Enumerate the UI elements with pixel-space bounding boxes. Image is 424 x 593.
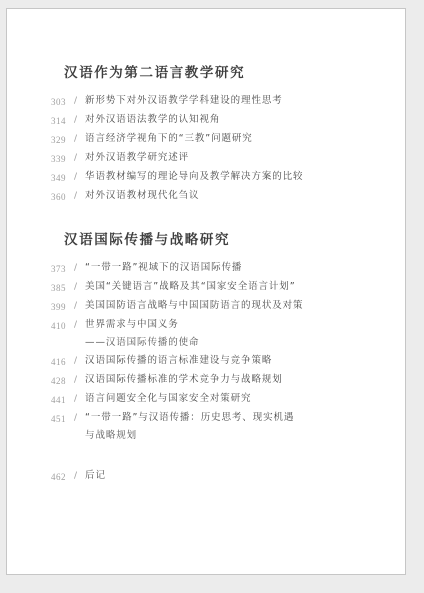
entry-title: 对外汉语教学研究述评 — [85, 152, 189, 163]
entry-page-number: 339 — [51, 149, 71, 168]
entry-separator: / — [74, 92, 77, 110]
entry-page-number: 303 — [51, 92, 71, 111]
entry-title-block: 汉语国际传播标准的学术竞争力与战略规划 — [85, 371, 283, 389]
entry-separator: / — [74, 187, 77, 205]
entry-title-block: 语言问题安全化与国家安全对策研究 — [85, 390, 251, 408]
entry-page-number: 428 — [51, 371, 71, 390]
entry-separator: / — [74, 352, 77, 370]
entry-title-block: 对外汉语教学研究述评 — [85, 149, 189, 167]
entry-title: “一带一路”与汉语传播：历史思考、现实机遇 — [85, 412, 294, 423]
toc-entry: 329 / 语言经济学视角下的“三教”问题研究 — [51, 130, 379, 149]
entry-page-number: 462 — [51, 467, 71, 486]
entry-page-number: 416 — [51, 352, 71, 371]
toc-entry: 441 / 语言问题安全化与国家安全对策研究 — [51, 390, 379, 409]
entry-separator: / — [74, 168, 77, 186]
toc-section: 462 / 后记 — [51, 467, 379, 486]
entry-title-block: 美国“关键语言”战略及其“国家安全语言计划” — [85, 278, 296, 296]
entry-page-number: 329 — [51, 130, 71, 149]
entry-title: 语言经济学视角下的“三教”问题研究 — [85, 133, 253, 144]
entry-title: 对外汉语语法教学的认知视角 — [85, 114, 220, 125]
toc-section: 汉语国际传播与战略研究 373 / “一带一路”视域下的汉语国际传播 385 /… — [51, 228, 379, 445]
entry-separator: / — [74, 297, 77, 315]
toc-entry: 385 / 美国“关键语言”战略及其“国家安全语言计划” — [51, 278, 379, 297]
entry-title: “一带一路”视域下的汉语国际传播 — [85, 262, 242, 273]
section-list: 462 / 后记 — [51, 467, 379, 486]
entry-title: 华语教材编写的理论导向及教学解决方案的比较 — [85, 171, 303, 182]
toc-entry: 303 / 新形势下对外汉语教学学科建设的理性思考 — [51, 92, 379, 111]
toc-entry: 373 / “一带一路”视域下的汉语国际传播 — [51, 259, 379, 278]
section-list: 303 / 新形势下对外汉语教学学科建设的理性思考 314 / 对外汉语语法教学… — [51, 92, 379, 206]
entry-separator: / — [74, 316, 77, 334]
toc-entry: 462 / 后记 — [51, 467, 379, 486]
entry-subtitle: ——汉语国际传播的使命 — [85, 334, 199, 352]
entry-title-block: 华语教材编写的理论导向及教学解决方案的比较 — [85, 168, 303, 186]
entry-title: 美国国防语言战略与中国国防语言的现状及对策 — [85, 300, 303, 311]
entry-title: 语言问题安全化与国家安全对策研究 — [85, 393, 251, 404]
toc-entry: 451 / “一带一路”与汉语传播：历史思考、现实机遇 与战略规划 — [51, 409, 379, 445]
entry-page-number: 360 — [51, 187, 71, 206]
entry-separator: / — [74, 111, 77, 129]
entry-separator: / — [74, 409, 77, 427]
entry-title-block: 后记 — [85, 467, 106, 485]
entry-title-block: “一带一路”视域下的汉语国际传播 — [85, 259, 242, 277]
entry-separator: / — [74, 149, 77, 167]
entry-page-number: 373 — [51, 259, 71, 278]
toc-entry: 360 / 对外汉语教材现代化刍议 — [51, 187, 379, 206]
entry-title-block: 对外汉语语法教学的认知视角 — [85, 111, 220, 129]
entry-separator: / — [74, 259, 77, 277]
entry-title-block: 世界需求与中国义务 ——汉语国际传播的使命 — [85, 316, 199, 352]
entry-title: 对外汉语教材现代化刍议 — [85, 190, 199, 201]
book-page: 汉语作为第二语言教学研究 303 / 新形势下对外汉语教学学科建设的理性思考 3… — [6, 8, 406, 575]
toc-entry: 428 / 汉语国际传播标准的学术竞争力与战略规划 — [51, 371, 379, 390]
entry-title-block: 汉语国际传播的语言标准建设与竞争策略 — [85, 352, 272, 370]
entry-title-block: 新形势下对外汉语教学学科建设的理性思考 — [85, 92, 283, 110]
entry-title: 后记 — [85, 470, 106, 481]
toc-section: 汉语作为第二语言教学研究 303 / 新形势下对外汉语教学学科建设的理性思考 3… — [51, 61, 379, 206]
entry-page-number: 441 — [51, 390, 71, 409]
entry-separator: / — [74, 467, 77, 485]
entry-separator: / — [74, 130, 77, 148]
entry-title-block: 对外汉语教材现代化刍议 — [85, 187, 199, 205]
entry-page-number: 385 — [51, 278, 71, 297]
toc-entry: 349 / 华语教材编写的理论导向及教学解决方案的比较 — [51, 168, 379, 187]
entry-separator: / — [74, 278, 77, 296]
entry-page-number: 399 — [51, 297, 71, 316]
entry-separator: / — [74, 390, 77, 408]
entry-title: 新形势下对外汉语教学学科建设的理性思考 — [85, 95, 283, 106]
entry-title: 世界需求与中国义务 — [85, 319, 179, 330]
section-title: 汉语作为第二语言教学研究 — [64, 61, 379, 81]
entry-title-block: 语言经济学视角下的“三教”问题研究 — [85, 130, 253, 148]
entry-subtitle: 与战略规划 — [85, 427, 294, 445]
section-title: 汉语国际传播与战略研究 — [64, 228, 379, 248]
section-list: 373 / “一带一路”视域下的汉语国际传播 385 / 美国“关键语言”战略及… — [51, 259, 379, 445]
entry-title-block: “一带一路”与汉语传播：历史思考、现实机遇 与战略规划 — [85, 409, 294, 445]
entry-title: 汉语国际传播标准的学术竞争力与战略规划 — [85, 374, 283, 385]
toc-entry: 339 / 对外汉语教学研究述评 — [51, 149, 379, 168]
entry-page-number: 451 — [51, 409, 71, 428]
toc-entry: 410 / 世界需求与中国义务 ——汉语国际传播的使命 — [51, 316, 379, 352]
entry-title: 汉语国际传播的语言标准建设与竞争策略 — [85, 355, 272, 366]
entry-title: 美国“关键语言”战略及其“国家安全语言计划” — [85, 281, 296, 292]
toc-entry: 399 / 美国国防语言战略与中国国防语言的现状及对策 — [51, 297, 379, 316]
entry-page-number: 349 — [51, 168, 71, 187]
entry-title-block: 美国国防语言战略与中国国防语言的现状及对策 — [85, 297, 303, 315]
table-of-contents: 汉语作为第二语言教学研究 303 / 新形势下对外汉语教学学科建设的理性思考 3… — [7, 9, 405, 486]
toc-entry: 314 / 对外汉语语法教学的认知视角 — [51, 111, 379, 130]
entry-page-number: 314 — [51, 111, 71, 130]
entry-separator: / — [74, 371, 77, 389]
toc-entry: 416 / 汉语国际传播的语言标准建设与竞争策略 — [51, 352, 379, 371]
entry-page-number: 410 — [51, 316, 71, 335]
